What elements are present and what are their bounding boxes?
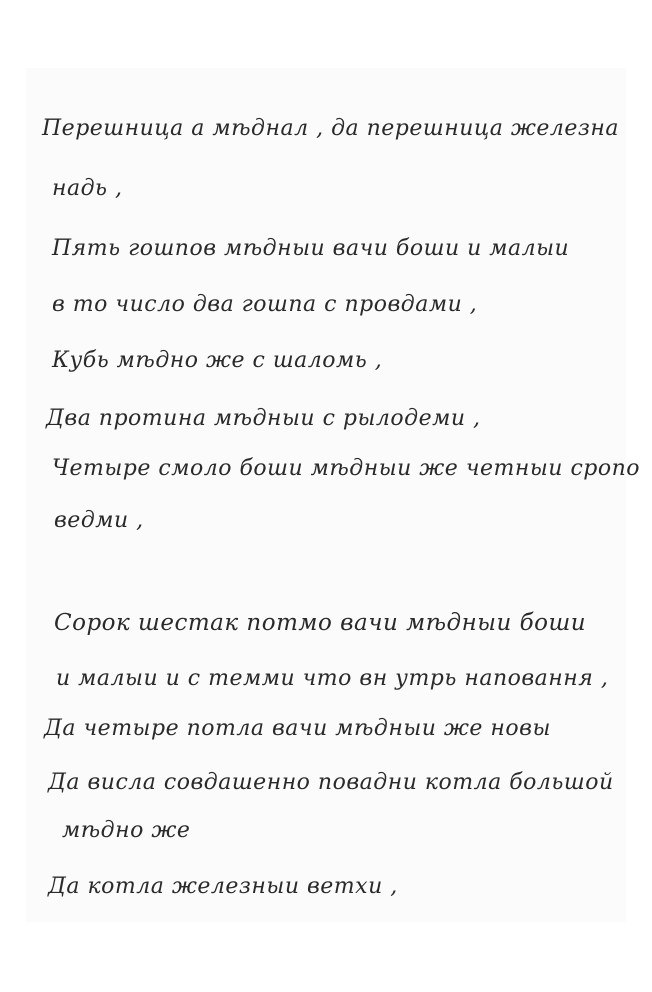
manuscript-line: Да висла совдашенно повадни котла большо…	[48, 772, 614, 794]
manuscript-line: Сорок шестак потмо вачи мѣдныи боши	[54, 612, 586, 635]
manuscript-line: Кубь мѣдно же с шаломь ,	[52, 350, 382, 372]
manuscript-line: в то число два гошпа с провдами ,	[52, 294, 477, 316]
manuscript-line: и малыи и с темми что вн утрь наповання …	[56, 668, 608, 690]
manuscript-line: надь ,	[52, 178, 123, 200]
manuscript-line: Да четыре потла вачи мѣдныи же новы	[44, 718, 551, 740]
manuscript-line: Перешница а мѣднал , да перешница железн…	[42, 118, 619, 140]
manuscript-line: Два протина мѣдныи с рылодеми ,	[46, 408, 481, 430]
manuscript-line: Да котла железныи ветхи ,	[48, 876, 398, 898]
manuscript-line: ведми ,	[54, 510, 144, 532]
manuscript-line: Четыре смоло боши мѣдныи же четныи сропо	[52, 458, 640, 480]
manuscript-line: мѣдно же	[62, 820, 190, 842]
manuscript-line: Пять гошпов мѣдныи вачи боши и малыи	[52, 238, 569, 260]
